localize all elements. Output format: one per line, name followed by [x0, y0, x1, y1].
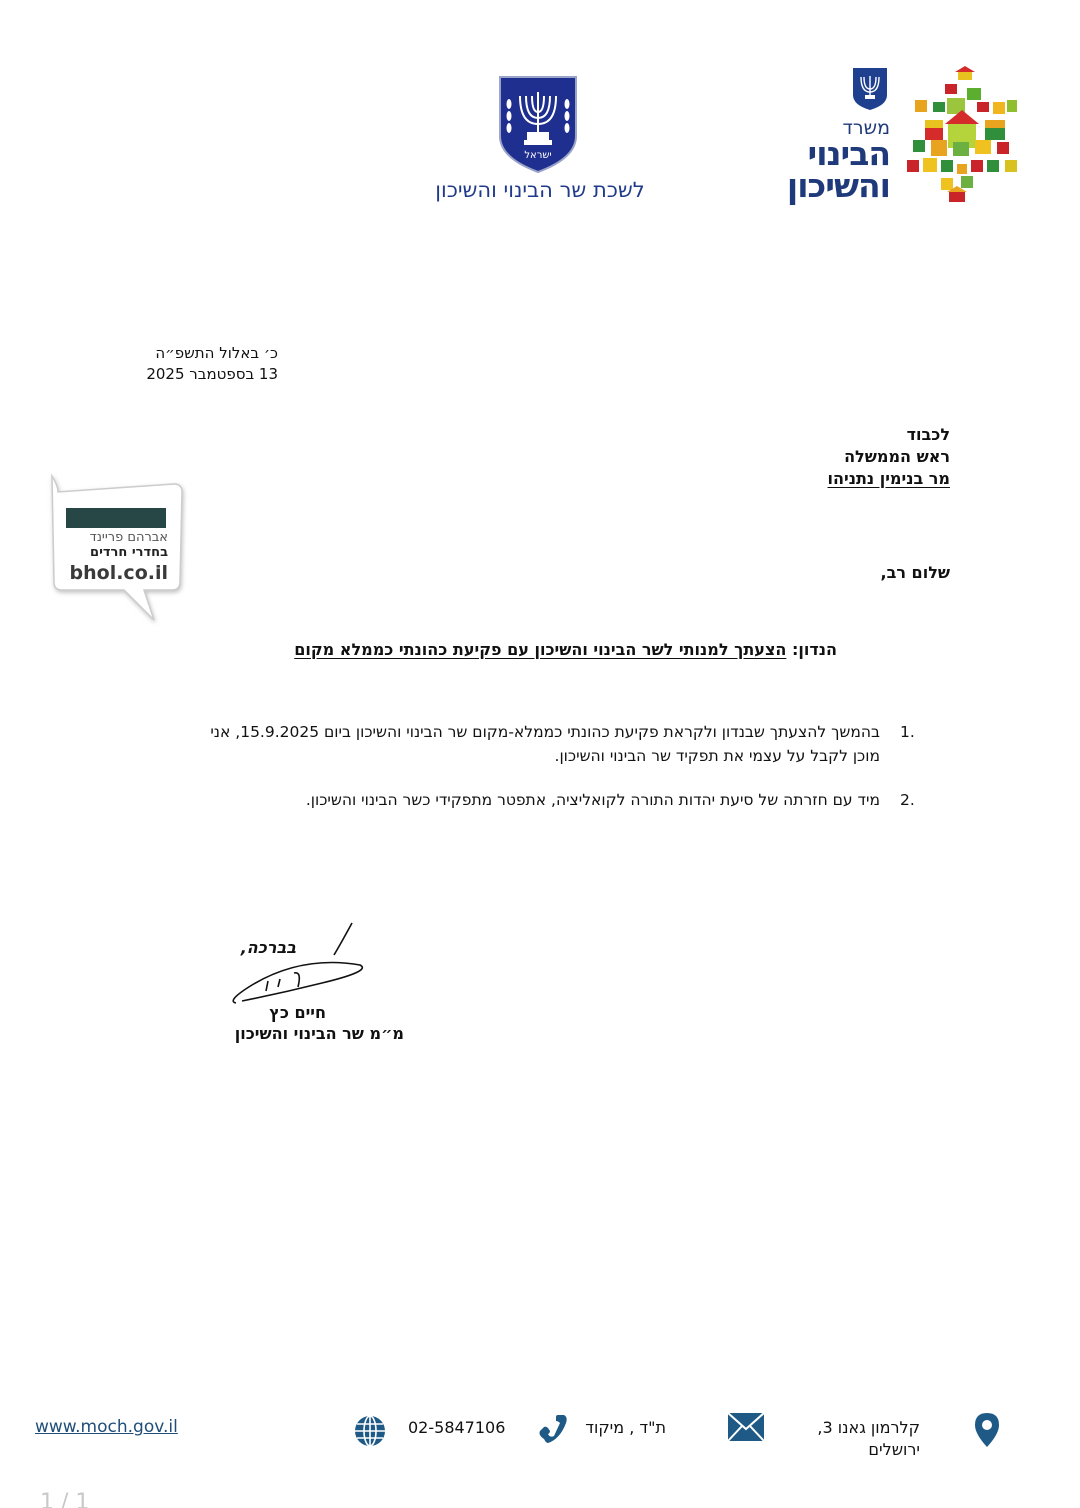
office-name: לשכת שר הבינוי והשיכון [400, 178, 680, 202]
subject-label: הנדון: [792, 640, 837, 659]
po-box-label: ת"ד , מיקוד [580, 1418, 666, 1437]
greeting: שלום רב, [800, 563, 950, 582]
address-line-1: קלרמון גאנו 3, [810, 1417, 920, 1439]
addressee-line-2: ראש הממשלה [760, 446, 950, 468]
signer-name: חיים כץ [190, 1003, 326, 1022]
item-number: 1. [900, 720, 920, 744]
pin-icon [974, 1412, 1000, 1448]
badge-site: bhol.co.il [62, 562, 168, 584]
item-text: בהמשך להצעתך שבנדון ולקראת פקיעת כהונתי … [180, 720, 880, 768]
svg-text:ישראל: ישראל [524, 150, 551, 161]
item-text: מיד עם חזרתה של סיעת יהדות התורה לקואליצ… [160, 788, 880, 812]
globe-icon [353, 1414, 387, 1448]
ministry-logo-line3: והשיכון [770, 170, 890, 202]
badge-line-2: בחדרי חרדים [62, 545, 168, 560]
body-item: 1. בהמשך להצעתך שבנדון ולקראת פקיעת כהונ… [180, 720, 920, 768]
gregorian-date: 13 בספטמבר 2025 [110, 364, 278, 385]
signer-title: מ״מ שר הבינוי והשיכון [150, 1024, 404, 1043]
address-line-2: ירושלים [810, 1439, 920, 1461]
item-number: 2. [900, 788, 920, 812]
phone-icon [536, 1411, 570, 1445]
hebrew-date: כ׳ באלול התשפ״ה [110, 343, 278, 364]
website-link[interactable]: www.moch.gov.il [35, 1417, 178, 1437]
ministry-emblem-icon [852, 67, 888, 111]
addressee-name: מר בנימין נתניהו [760, 468, 950, 490]
ministry-name-logo: משרד הבינוי והשיכון [770, 118, 890, 202]
handwritten-signature-icon [222, 915, 372, 1015]
watermark-badge: אברהם פריינד בחדרי חרדים bhol.co.il [44, 470, 188, 630]
address: קלרמון גאנו 3, ירושלים [810, 1417, 920, 1461]
mail-icon [727, 1412, 765, 1442]
badge-line-1: אברהם פריינד [62, 530, 168, 545]
body-item: 2. מיד עם חזרתה של סיעת יהדות התורה לקוא… [160, 788, 920, 812]
phone-number: 02-5847106 [408, 1418, 505, 1437]
subject-text: הצעתך למנותי לשר הבינוי והשיכון עם פקיעת… [294, 640, 786, 659]
page-indicator: 1 / 1 [40, 1490, 89, 1508]
letter-date: כ׳ באלול התשפ״ה 13 בספטמבר 2025 [110, 343, 278, 385]
state-emblem-icon: ישראל [497, 74, 579, 174]
addressee-line-1: לכבוד [760, 424, 950, 446]
subject-line: הנדון: הצעתך למנותי לשר הבינוי והשיכון ע… [180, 640, 837, 659]
addressee-block: לכבוד ראש הממשלה מר בנימין נתניהו [760, 424, 950, 490]
houses-star-logo-icon [905, 62, 1020, 202]
